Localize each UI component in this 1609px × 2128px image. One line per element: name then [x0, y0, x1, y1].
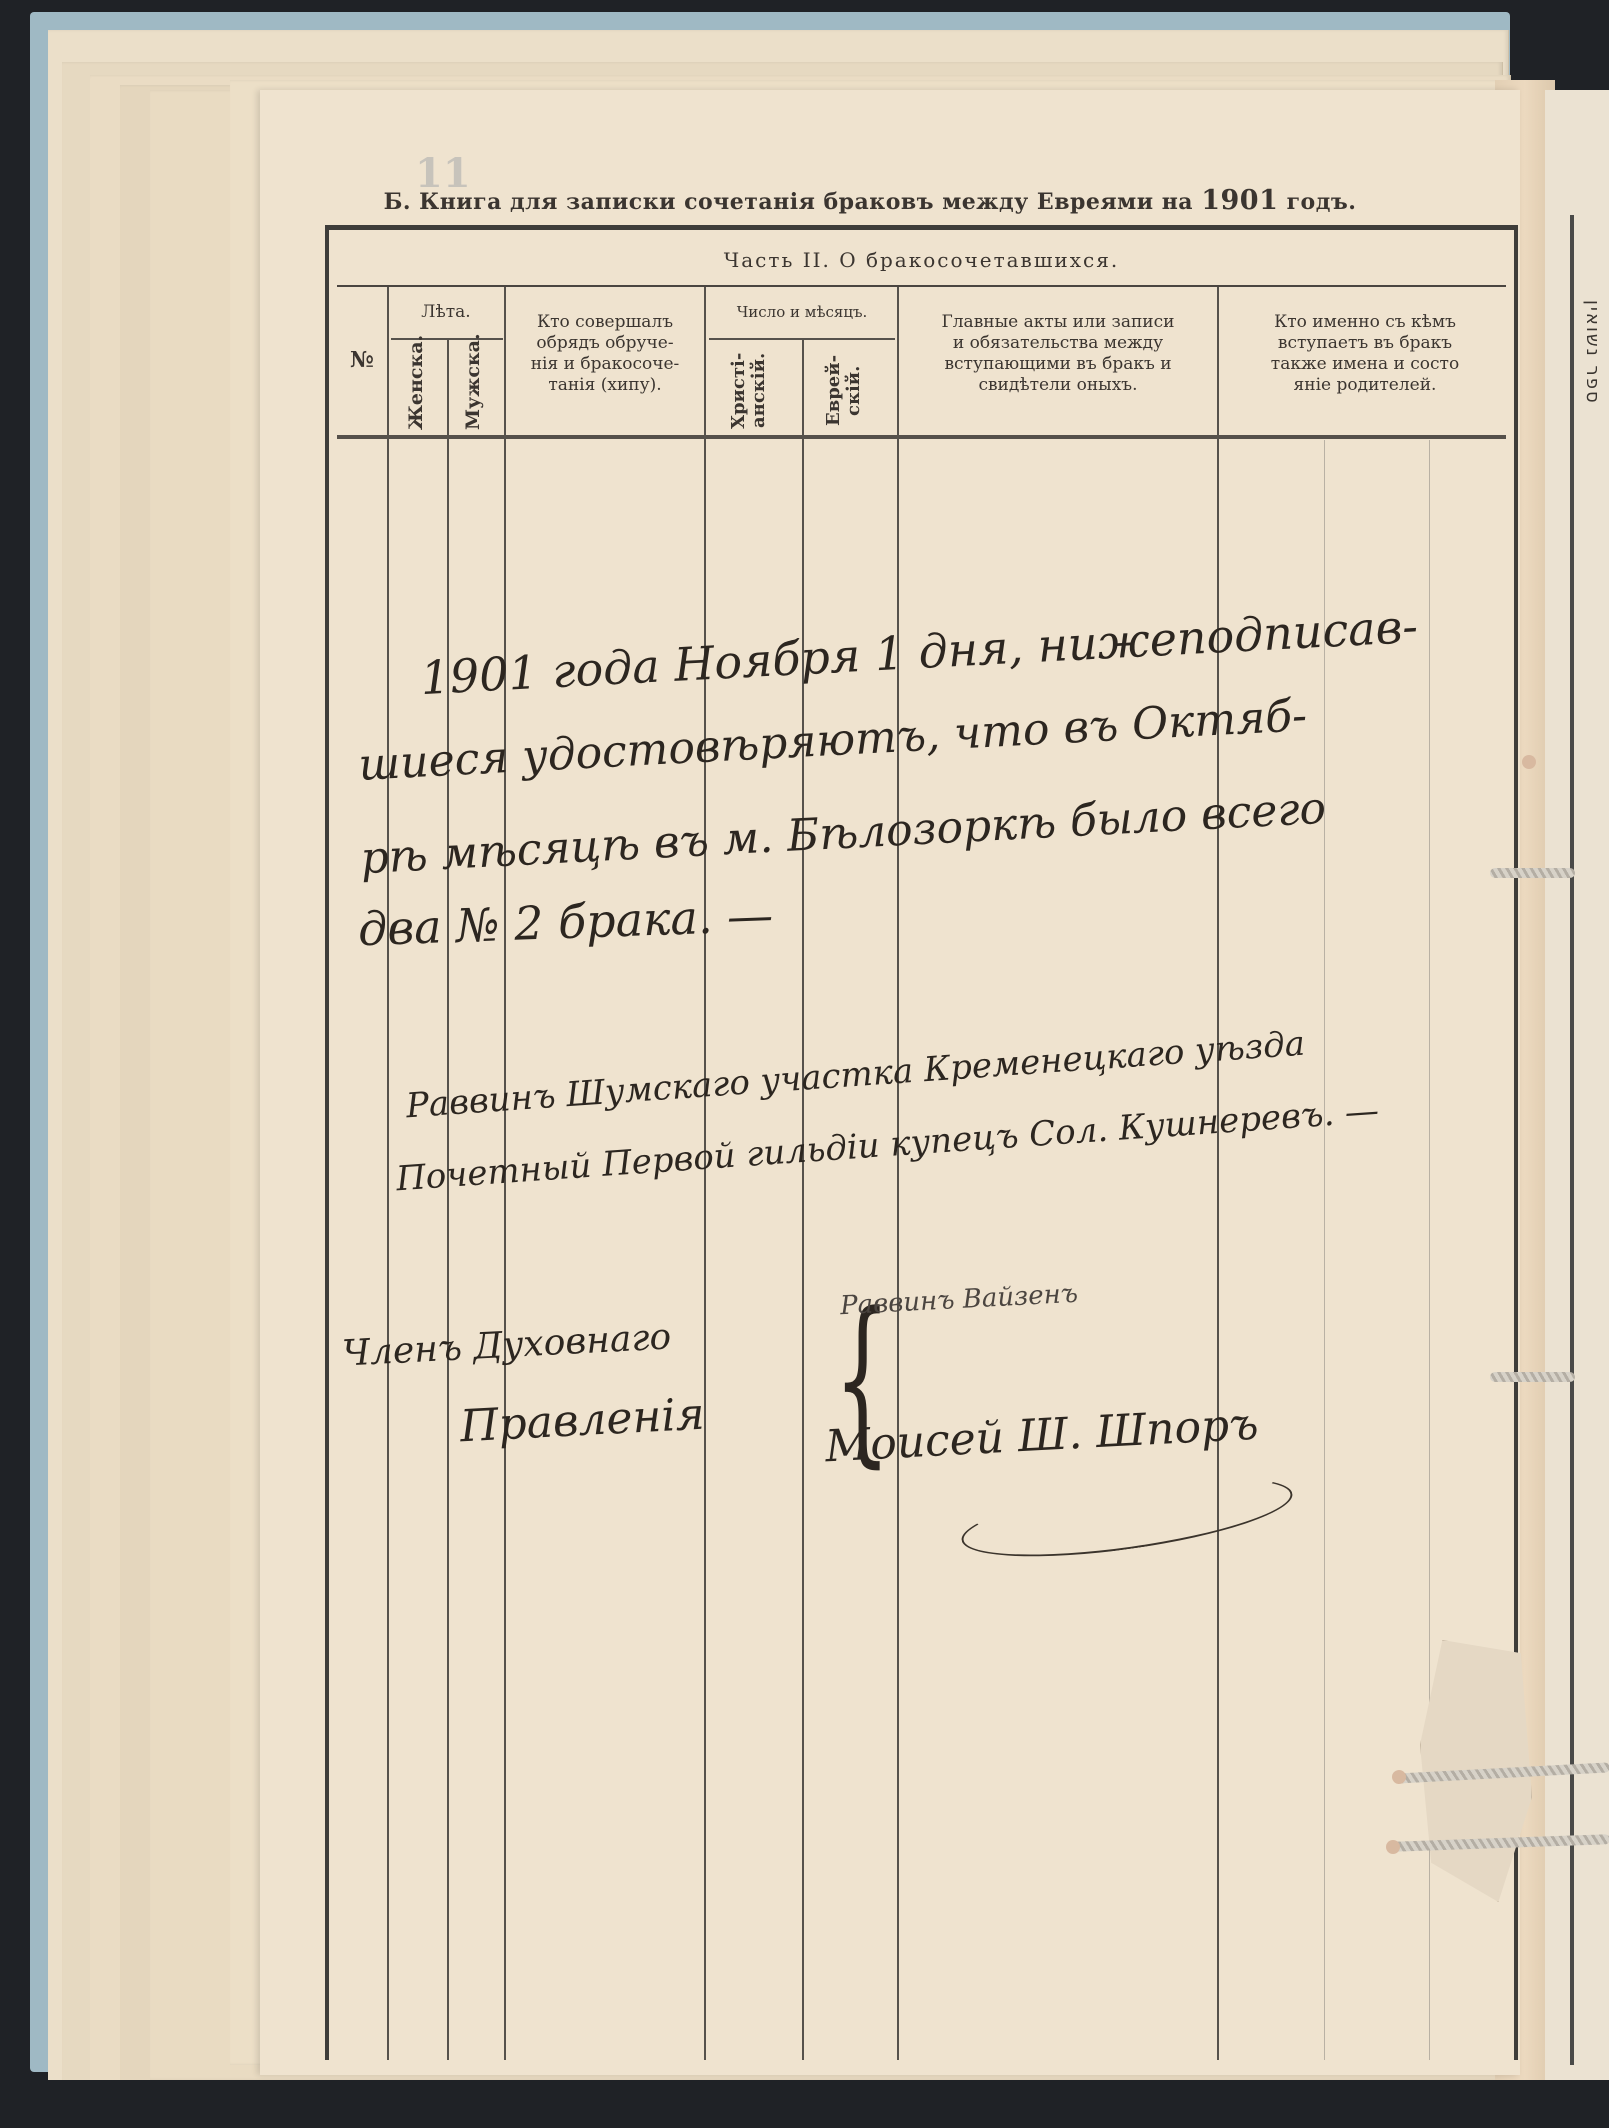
column-header-parties: Кто именно съ кѣмъ вступаетъ въ бракъ та… [1221, 312, 1509, 396]
column-header-acts: Главные акты или записи и обязательства … [901, 312, 1215, 396]
header-rule-top [337, 285, 1506, 287]
title-year: 1901 [1201, 185, 1278, 216]
page-title: Б. Книга для записки сочетанія браковъ м… [260, 185, 1480, 216]
column-header-officiant: Кто совершалъ обрядъ обруче- нія и брако… [507, 312, 703, 396]
column-divider [447, 340, 449, 2060]
column-header-age-male: Мужска. [464, 350, 482, 430]
column-header-ages: Лѣта. [389, 302, 503, 323]
binding-hole [1386, 1840, 1400, 1854]
acts-line: и обязательства между [901, 333, 1215, 354]
column-header-date-jewish: Еврей- скій. [824, 348, 864, 433]
column-divider [802, 340, 804, 2060]
background-shadow [0, 2080, 1609, 2128]
parties-line: Кто именно съ кѣмъ [1221, 312, 1509, 333]
header-rule-bottom [337, 435, 1506, 439]
column-header-age-female: Женска. [407, 350, 425, 430]
parties-line: также имена и состо [1221, 354, 1509, 375]
binding-hole [1392, 1770, 1406, 1784]
christian-line: Христі- [728, 352, 749, 428]
column-header-number: № [337, 350, 387, 371]
binding-thread [1490, 868, 1575, 878]
officiant-line: нія и бракосоче- [507, 354, 703, 375]
officiant-line: обрядъ обруче- [507, 333, 703, 354]
column-divider [387, 287, 389, 2060]
column-divider [1217, 287, 1219, 2060]
christian-line: анскій. [748, 353, 769, 428]
facing-page-hebrew-text: ספר נשואין [1573, 300, 1603, 450]
jewish-line: Еврей- [823, 355, 844, 426]
date-group-rule [709, 338, 895, 340]
parties-line: яніе родителей. [1221, 375, 1509, 396]
parties-line: вступаетъ въ бракъ [1221, 333, 1509, 354]
faint-rule [1324, 440, 1325, 2060]
acts-line: Главные акты или записи [901, 312, 1215, 333]
title-prefix: Б. Книга для записки сочетанія браковъ м… [384, 189, 1194, 215]
facing-page-rule [1570, 215, 1574, 2065]
part-title: Часть II. О бракосочетавшихся. [329, 248, 1514, 272]
title-suffix: годъ. [1287, 189, 1357, 215]
column-divider [897, 287, 899, 2060]
binding-hole [1522, 755, 1536, 769]
acts-line: вступающими въ бракъ и [901, 354, 1215, 375]
register-page: 11 Б. Книга для записки сочетанія браков… [260, 90, 1520, 2075]
officiant-line: Кто совершалъ [507, 312, 703, 333]
acts-line: свидѣтели оныхъ. [901, 375, 1215, 396]
officiant-line: танія (хипу). [507, 375, 703, 396]
column-header-date: Число и мѣсяцъ. [707, 302, 897, 323]
binding-thread [1490, 1372, 1575, 1382]
jewish-line: скій. [843, 365, 864, 415]
column-header-date-christian: Христі- анскій. [729, 348, 769, 433]
